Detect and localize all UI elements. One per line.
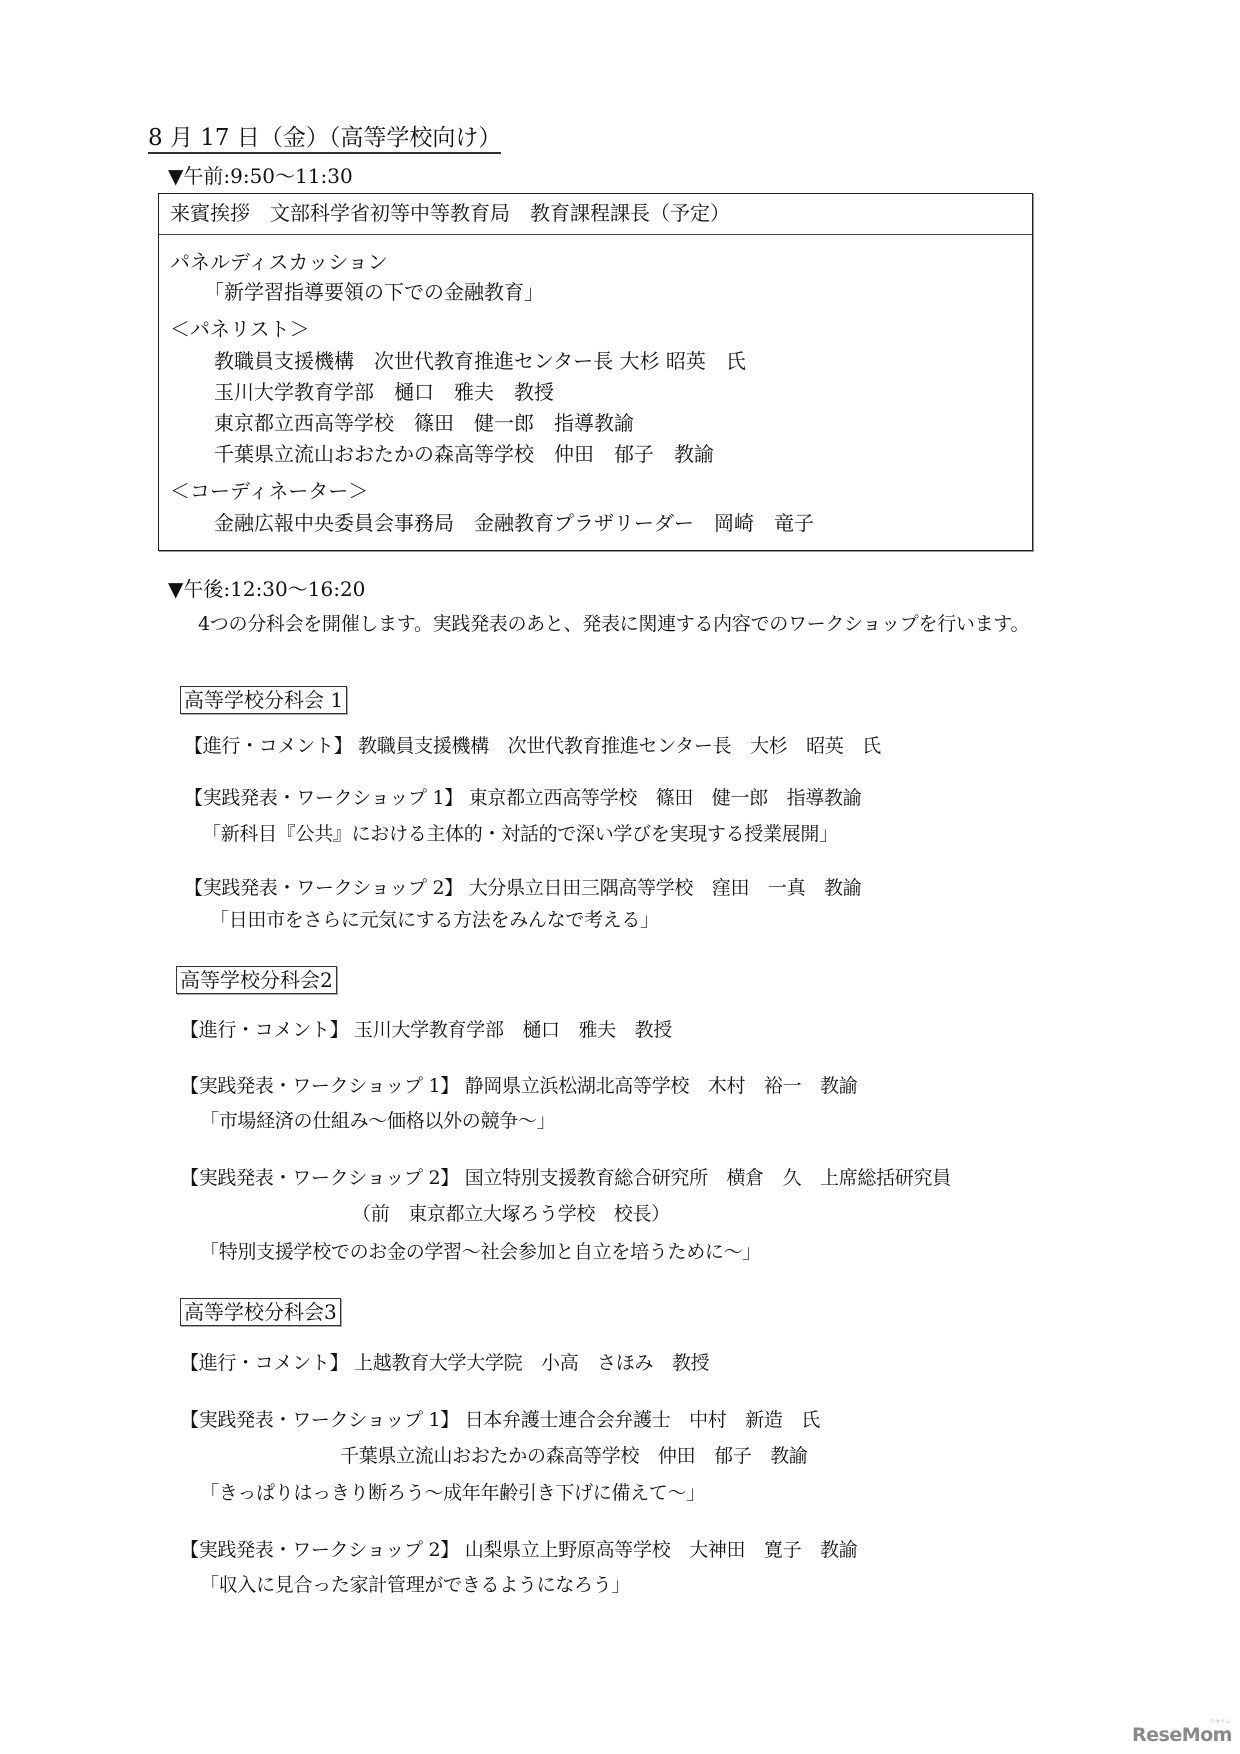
session-2-workshop-1-theme: 「市場経済の仕組み〜価格以外の競争〜」 <box>200 1109 555 1133</box>
panelist: 千葉県立流山おおたかの森高等学校 仲田 郁子 教諭 <box>214 442 714 466</box>
session-1-workshop-2-theme: 「日田市をさらに元気にする方法をみんなで考える」 <box>210 908 659 932</box>
session-2-workshop-2-note: （前 東京都立大塚ろう学校 校長） <box>352 1202 670 1226</box>
session-1-workshop-2: 【実践発表・ワークショップ 2】 大分県立日田三隅高等学校 窪田 一真 教諭 <box>184 876 861 900</box>
session-1-tag: 高等学校分科会 1 <box>180 686 347 714</box>
panelists-label: ＜パネリスト＞ <box>170 317 310 341</box>
session-2-tag: 高等学校分科会2 <box>176 966 337 994</box>
session-2-workshop-1: 【実践発表・ワークショップ 1】 静岡県立浜松湖北高等学校 木村 裕一 教諭 <box>180 1074 857 1098</box>
session-2-workshop-2: 【実践発表・ワークショップ 2】 国立特別支援教育総合研究所 横倉 久 上席総括… <box>180 1166 951 1190</box>
panelist: 玉川大学教育学部 樋口 雅夫 教授 <box>214 380 554 404</box>
panel-discussion-theme: 「新学習指導要領の下での金融教育」 <box>204 280 544 304</box>
afternoon-intro: 4つの分科会を開催します。実践発表のあと、発表に関連する内容でのワークショップを… <box>198 612 1029 636</box>
session-1-moderator: 【進行・コメント】 教職員支援機構 次世代教育推進センター長 大杉 昭英 氏 <box>184 734 881 758</box>
session-2-workshop-2-theme: 「特別支援学校でのお金の学習〜社会参加と自立を培うために〜」 <box>200 1240 761 1264</box>
panelist: 東京都立西高等学校 篠田 健一郎 指導教諭 <box>214 411 634 435</box>
box-divider <box>159 234 1032 235</box>
morning-heading: ▼午前:9:50〜11:30 <box>168 164 353 188</box>
session-3-workshop-2: 【実践発表・ワークショップ 2】 山梨県立上野原高等学校 大神田 寛子 教諭 <box>180 1538 857 1562</box>
panel-discussion-label: パネルディスカッション <box>170 250 388 274</box>
session-1-workshop-1-theme: 「新科目『公共』における主体的・対話的で深い学びを実現する授業展開」 <box>202 822 838 846</box>
panelist: 教職員支援機構 次世代教育推進センター長 大杉 昭英 氏 <box>214 349 746 373</box>
guest-greeting: 来賓挨拶 文部科学省初等中等教育局 教育課程課長（予定） <box>170 201 730 225</box>
session-3-tag: 高等学校分科会3 <box>180 1298 341 1326</box>
coordinator-label: ＜コーディネーター＞ <box>170 479 368 503</box>
coordinator: 金融広報中央委員会事務局 金融教育プラザリーダー 岡崎 竜子 <box>214 511 814 535</box>
session-3-workshop-1-second: 千葉県立流山おおたかの森高等学校 仲田 郁子 教諭 <box>340 1444 808 1468</box>
session-3-moderator: 【進行・コメント】 上越教育大学大学院 小高 さほみ 教授 <box>180 1351 709 1375</box>
resemom-logo: ReseMom <box>1132 1724 1232 1746</box>
afternoon-heading: ▼午後:12:30〜16:20 <box>168 577 365 601</box>
session-1-workshop-1: 【実践発表・ワークショップ 1】 東京都立西高等学校 篠田 健一郎 指導教諭 <box>184 786 861 810</box>
session-3-workshop-1: 【実践発表・ワークショップ 1】 日本弁護士連合会弁護士 中村 新造 氏 <box>180 1408 820 1432</box>
session-2-moderator: 【進行・コメント】 玉川大学教育学部 樋口 雅夫 教授 <box>180 1018 672 1042</box>
page-title: 8 月 17 日（金）（高等学校向け） <box>148 124 501 154</box>
session-3-workshop-2-theme: 「収入に見合った家計管理ができるようになろう」 <box>200 1573 630 1597</box>
session-3-workshop-1-theme: 「きっぱりはっきり断ろう〜成年年齢引き下げに備えて〜」 <box>200 1481 705 1505</box>
